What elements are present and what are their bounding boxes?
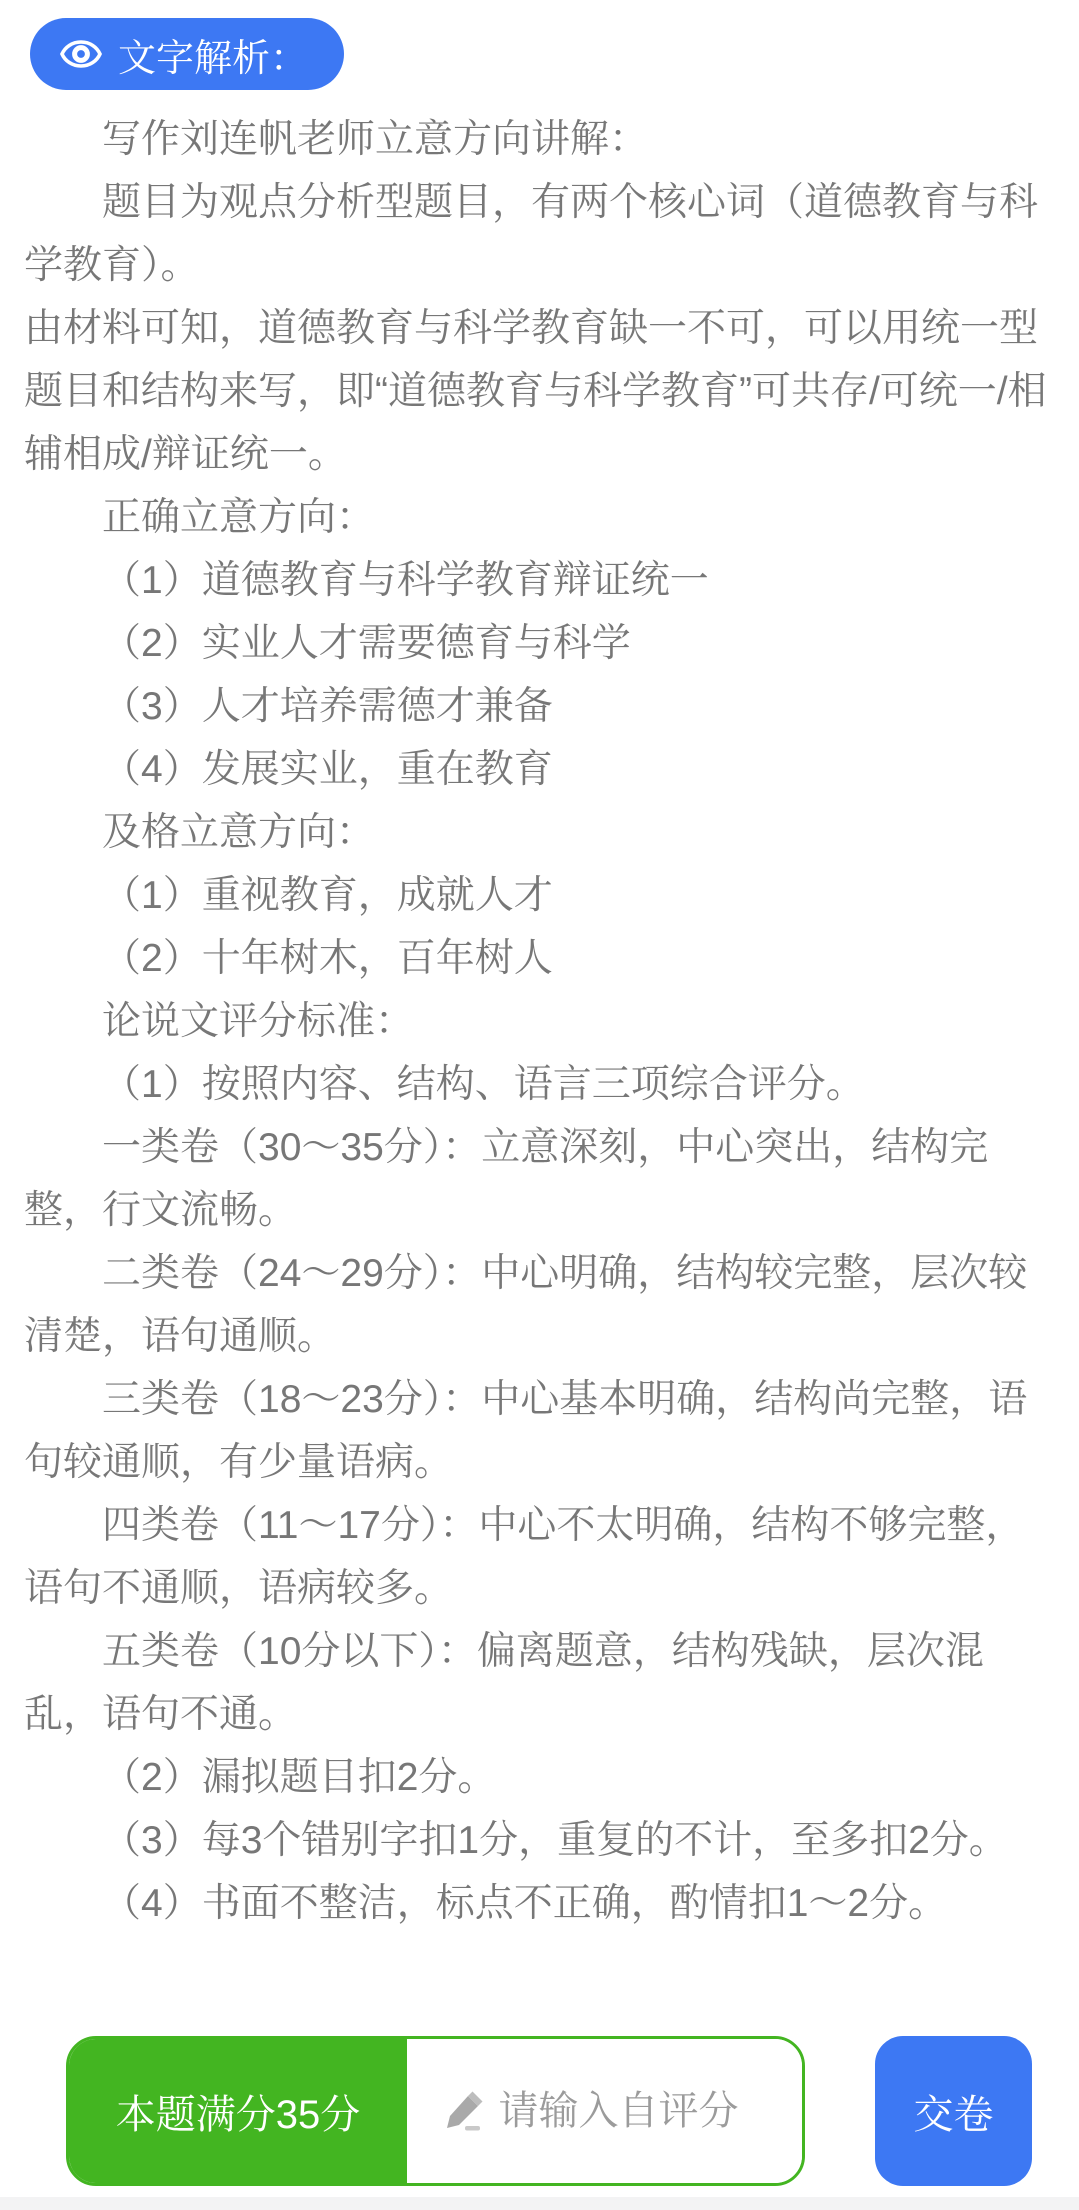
analysis-paragraph: 及格立意方向： — [24, 801, 1055, 864]
analysis-paragraph: 论说文评分标准： — [24, 990, 1055, 1053]
analysis-paragraph: 二类卷（24～29分）：中心明确，结构较完整，层次较清楚，语句通顺。 — [24, 1242, 1055, 1368]
analysis-paragraph: （4）发展实业，重在教育 — [24, 738, 1055, 801]
analysis-chip-label: 文字解析： — [118, 27, 308, 82]
self-score-input[interactable] — [499, 2089, 769, 2134]
analysis-paragraph: （4）书面不整洁，标点不正确，酌情扣1～2分。 — [24, 1872, 1055, 1935]
analysis-paragraph: （3）每3个错别字扣1分，重复的不计，至多扣2分。 — [24, 1809, 1055, 1872]
analysis-paragraph: 五类卷（10分以下）：偏离题意，结构残缺，层次混乱，语句不通。 — [24, 1620, 1055, 1746]
analysis-paragraph: 题目为观点分析型题目，有两个核心词（道德教育与科学教育）。 — [24, 171, 1055, 297]
analysis-paragraph: （1）重视教育，成就人才 — [24, 864, 1055, 927]
analysis-paragraph: （1）按照内容、结构、语言三项综合评分。 — [24, 1053, 1055, 1116]
submit-button[interactable]: 交卷 — [875, 2036, 1032, 2186]
analysis-paragraph: 正确立意方向： — [24, 486, 1055, 549]
eye-icon — [60, 39, 102, 69]
analysis-paragraph: （1）道德教育与科学教育辩证统一 — [24, 549, 1055, 612]
analysis-paragraph: 一类卷（30～35分）：立意深刻，中心突出，结构完整，行文流畅。 — [24, 1116, 1055, 1242]
analysis-paragraph: （2）十年树木，百年树人 — [24, 927, 1055, 990]
analysis-paragraph: 三类卷（18～23分）：中心基本明确，结构尚完整，语句较通顺，有少量语病。 — [24, 1368, 1055, 1494]
analysis-paragraph: 写作刘连帆老师立意方向讲解： — [24, 108, 1055, 171]
text-analysis-toggle[interactable]: 文字解析： — [30, 18, 344, 90]
max-score-label: 本题满分35分 — [69, 2039, 407, 2183]
analysis-paragraph: （3）人才培养需德才兼备 — [24, 675, 1055, 738]
self-score-group: 本题满分35分 — [66, 2036, 805, 2186]
analysis-paragraph: 四类卷（11～17分）：中心不太明确，结构不够完整，语句不通顺，语病较多。 — [24, 1494, 1055, 1620]
pencil-icon — [441, 2089, 485, 2133]
analysis-paragraph: （2）漏拟题目扣2分。 — [24, 1746, 1055, 1809]
analysis-paragraph: 由材料可知，道德教育与科学教育缺一不可，可以用统一型题目和结构来写，即“道德教育… — [24, 297, 1055, 486]
self-score-field-wrap[interactable] — [407, 2039, 802, 2183]
analysis-paragraph: （2）实业人才需要德育与科学 — [24, 612, 1055, 675]
bottom-strip — [0, 2197, 1079, 2210]
analysis-text: 写作刘连帆老师立意方向讲解：题目为观点分析型题目，有两个核心词（道德教育与科学教… — [0, 108, 1079, 1935]
